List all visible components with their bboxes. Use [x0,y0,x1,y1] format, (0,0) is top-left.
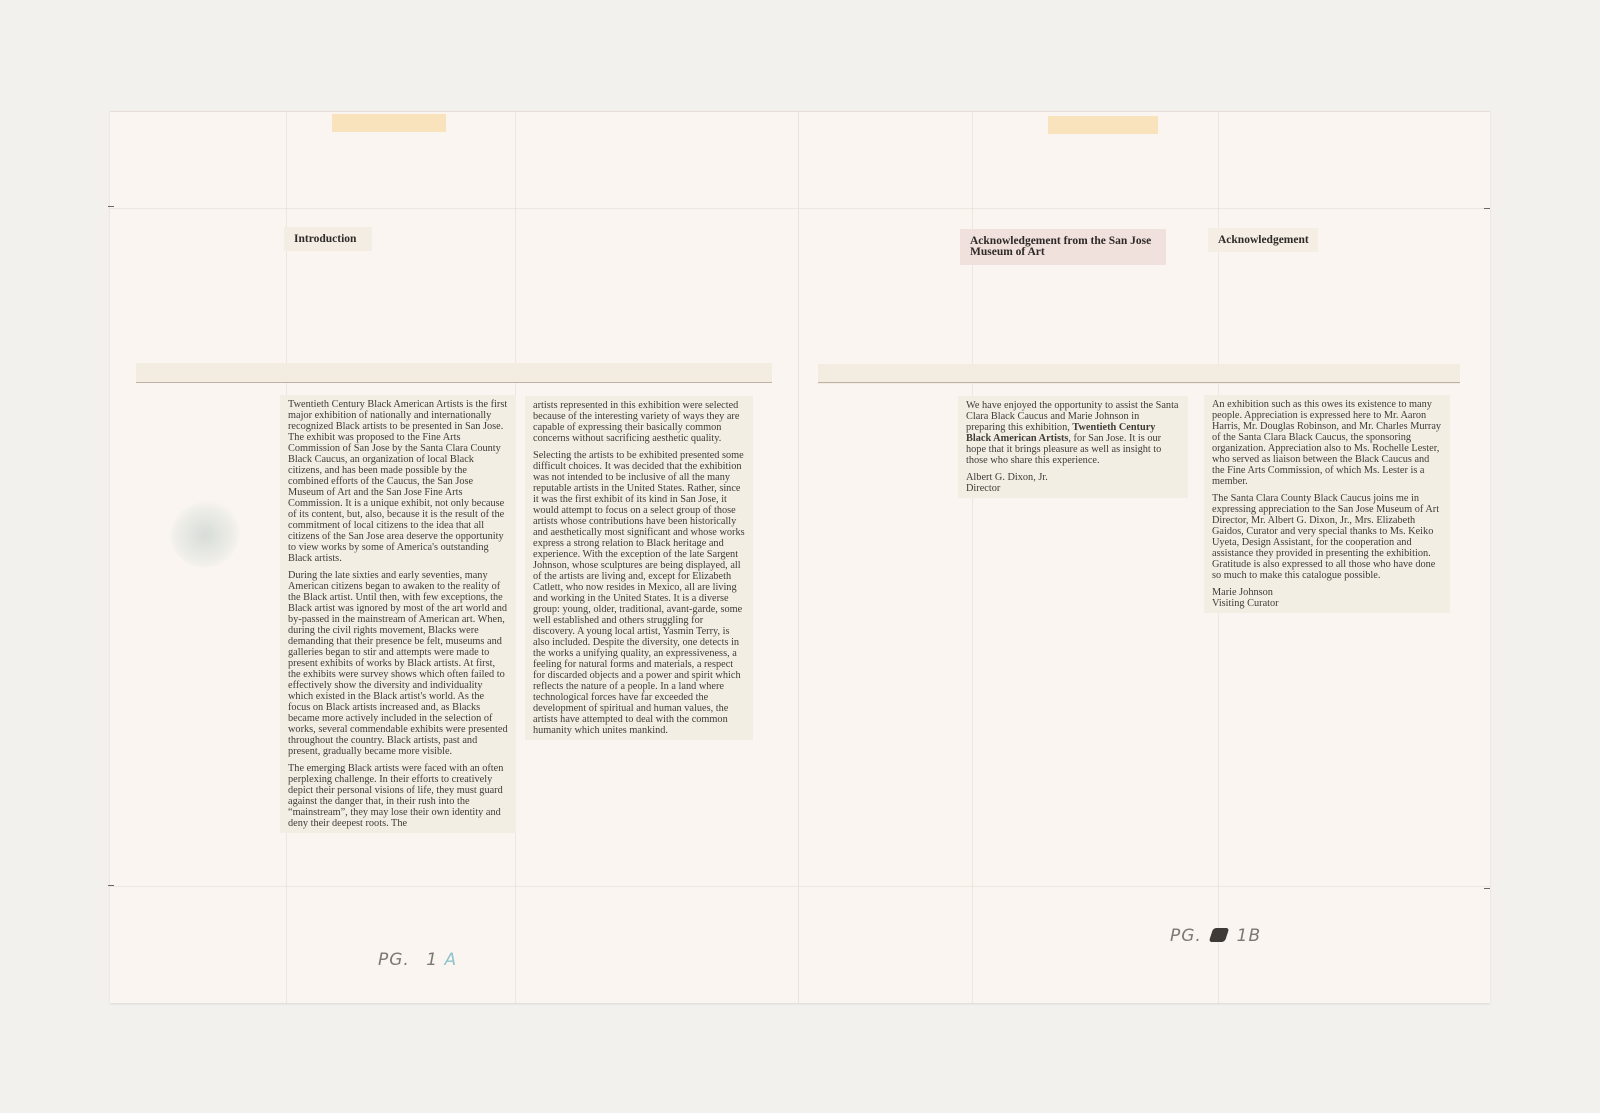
museum-ack-paragraph: We have enjoyed the opportunity to assis… [966,400,1180,466]
page-number-note: PG. 1 A [378,950,457,970]
intro-paragraph: artists represented in this exhibition w… [533,400,745,444]
curator-ack-paragraph: An exhibition such as this owes its exis… [1212,399,1442,487]
horizontal-rule [818,382,1460,383]
masking-tape [1048,116,1158,134]
introduction-heading: Introduction [284,227,372,251]
acknowledgement-heading: Acknowledgement [1208,228,1318,252]
rule-band [818,364,1460,384]
scribble-mark [1209,928,1230,942]
intro-column-1: Twentieth Century Black American Artists… [280,395,516,833]
left-page: Introduction Twentieth Century Black Ame… [110,112,798,1004]
intro-paragraph: During the late sixties and early sevent… [288,570,508,757]
masking-tape [332,114,446,132]
intro-paragraph: Twentieth Century Black American Artists… [288,399,508,564]
signature: Marie Johnson Visiting Curator [1212,587,1442,609]
intro-column-2: artists represented in this exhibition w… [525,396,753,740]
page-number-note: PG. 1B [1170,926,1261,946]
intro-paragraph: The emerging Black artists were faced wi… [288,763,508,829]
museum-acknowledgement-heading: Acknowledgement from the San Jose Museum… [960,229,1166,265]
museum-acknowledgement-text: We have enjoyed the opportunity to assis… [958,396,1188,498]
pasteup-board: Introduction Twentieth Century Black Ame… [110,111,1490,1003]
right-page: Acknowledgement from the San Jose Museum… [798,112,1490,1004]
curator-ack-paragraph: The Santa Clara County Black Caucus join… [1212,493,1442,581]
signature: Albert G. Dixon, Jr. Director [966,472,1180,494]
horizontal-rule [136,382,772,383]
rule-band [136,363,772,383]
curator-acknowledgement-text: An exhibition such as this owes its exis… [1204,395,1450,613]
intro-paragraph: Selecting the artists to be exhibited pr… [533,450,745,736]
fingerprint-smudge [161,492,249,578]
